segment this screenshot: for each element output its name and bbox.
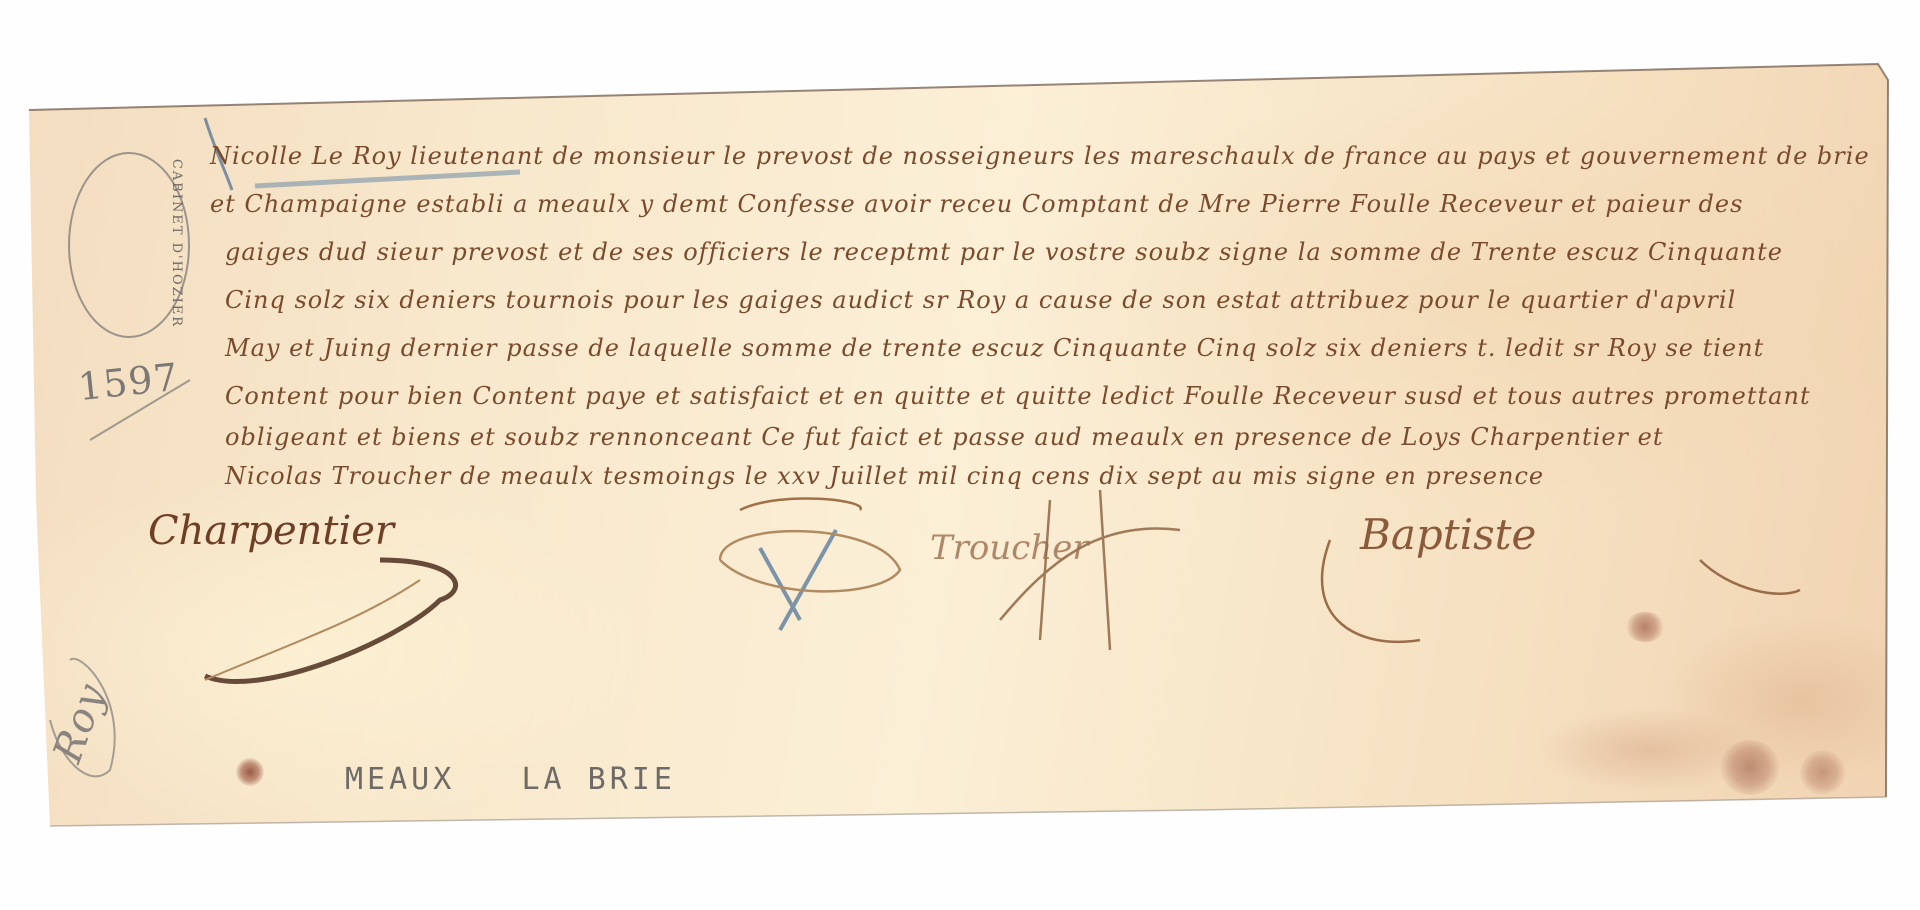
text-line-2: et Champaigne establi a meaulx y demt Co… (210, 190, 1743, 218)
signature-troucher: Troucher (930, 528, 1089, 568)
text-line-7: obligeant et biens et soubz rennonceant … (225, 423, 1664, 451)
text-line-3: gaiges dud sieur prevost et de ses offic… (225, 238, 1783, 266)
parchment-sheet (0, 0, 1920, 910)
signature-baptiste: Baptiste (1360, 510, 1536, 559)
text-line-5: May et Juing dernier passe de laquelle s… (225, 334, 1764, 362)
text-line-1: Nicolle Le Roy lieutenant de monsieur le… (210, 142, 1870, 170)
stamp-text: CABINET D'HOZIER (169, 159, 184, 328)
signature-charpentier: Charpentier (148, 508, 394, 554)
stain-spot (1625, 612, 1665, 642)
stain-spot (236, 758, 264, 786)
pencil-location-note: MEAUX LA BRIE (345, 762, 676, 797)
text-line-4: Cinq solz six deniers tournois pour les … (225, 286, 1736, 314)
text-line-6: Content pour bien Content paye et satisf… (225, 382, 1811, 410)
text-line-8: Nicolas Troucher de meaulx tesmoings le … (225, 462, 1544, 490)
stain-spot (1800, 750, 1845, 795)
stain-spot (1720, 740, 1780, 795)
